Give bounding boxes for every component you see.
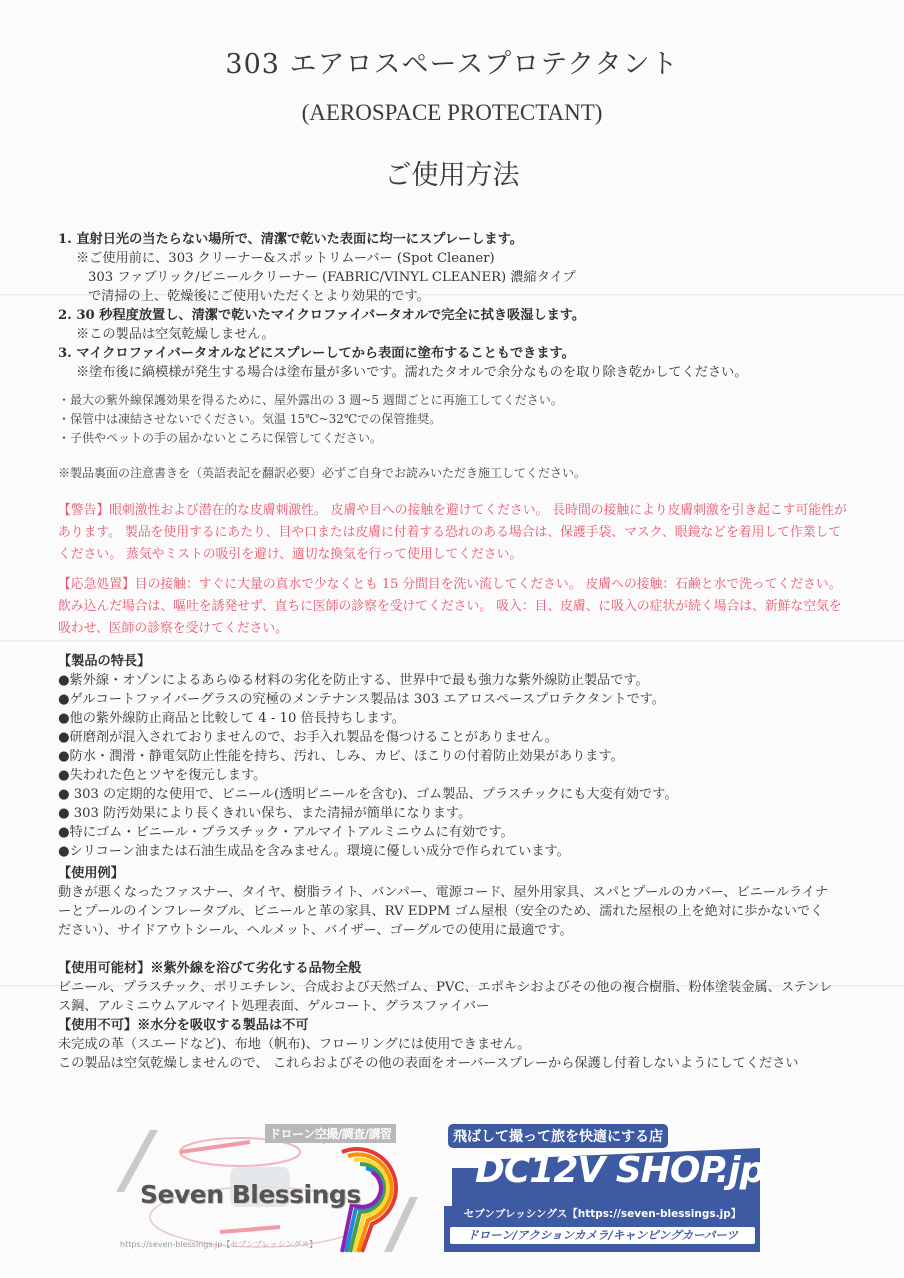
warning-label: 【警告】 <box>58 503 109 518</box>
steps-section: 1. 直射日光の当たらない場所で、清潔で乾いた表面に均一にスプレーします。 ※ご… <box>58 230 848 382</box>
feature-item: ●シリコーン油または石油生成品を含みません。環境に優しい成分で作られています。 <box>58 842 848 861</box>
seven-blessings-url: https://seven-blessings.jp【セブンブレッシングス】 <box>120 1239 317 1250</box>
warning-block: 【警告】眼刺激性および潜在的な皮膚刺激性。 皮膚や目への接触を避けてください。 … <box>58 500 848 566</box>
feature-item: ●失われた色とツヤを復元します。 <box>58 766 848 785</box>
step-1-note: ※ご使用前に、303 クリーナー&スポットリムーバー (Spot Cleaner… <box>58 249 848 268</box>
step-3: 3. マイクロファイバータオルなどにスプレーしてから表面に塗布することもできます… <box>58 344 848 363</box>
feature-item: ●ゲルコートファイバーグラスの究極のメンテナンス製品は 303 エアロスペースプ… <box>58 690 848 709</box>
step-1-note: で清掃の上、乾燥後にご使用いただくとより効果的です。 <box>58 287 848 306</box>
warning-text: 眼刺激性および潜在的な皮膚刺激性。 皮膚や目への接触を避けてください。 長時間の… <box>58 503 847 562</box>
not-usable-subheading: ※水分を吸収する製品は不可 <box>137 1018 308 1033</box>
paper-fold-line <box>0 640 904 642</box>
usage-examples-heading: 【使用例】 <box>58 864 848 883</box>
feature-item: ● 303 防汚効果により長くきれい保ち、また清掃が簡単になります。 <box>58 804 848 823</box>
product-title: 303 エアロスペースプロテクタント <box>0 42 904 81</box>
usable-materials-section: 【使用可能材】※紫外線を浴びて劣化する品物全般 ビニール、プラスチック、ポリエチ… <box>58 959 848 1016</box>
dc12v-shop-logo: 飛ばして撮って旅を快適にする店 DC12V SHOP.jp セブンブレッシングス… <box>440 1124 770 1254</box>
instruction-sheet: 303 エアロスペースプロテクタント (AEROSPACE PROTECTANT… <box>0 0 904 1278</box>
dc12v-category-bar: ドローン/アクションカメラ/キャンピングカーパーツ <box>448 1225 757 1246</box>
usable-materials-subheading: ※紫外線を浴びて劣化する品物全般 <box>150 961 361 976</box>
first-aid-block: 【応急処置】目の接触：すぐに大量の真水で少なくとも 15 分間目を洗い流してくだ… <box>58 574 848 640</box>
tips-list: ・最大の紫外線保護効果を得るために、屋外露出の 3 週~5 週間ごとに再施工して… <box>58 391 848 448</box>
dc12v-tagline: 飛ばして撮って旅を快適にする店 <box>448 1124 668 1148</box>
feature-item: ●他の紫外線防止商品と比較して 4 - 10 倍長持ちします。 <box>58 709 848 728</box>
seven-blessings-logo: ドローン空撮/調査/講習 Seven Blessings https://sev… <box>110 1112 440 1264</box>
step-2: 2. 30 秒程度放置し、清潔で乾いたマイクロファイバータオルで完全に拭き吸湿し… <box>58 306 848 325</box>
tip-item: ・最大の紫外線保護効果を得るために、屋外露出の 3 週~5 週間ごとに再施工して… <box>58 391 848 410</box>
notice-text: ※製品裏面の注意書きを（英語表記を翻訳必要）必ずご自身でお読みいただき施工してく… <box>58 464 848 483</box>
not-usable-line: この製品は空気乾燥しませんので、 これらおよびその他の表面をオーバースプレーから… <box>58 1054 833 1073</box>
step-1: 1. 直射日光の当たらない場所で、清潔で乾いた表面に均一にスプレーします。 <box>58 230 848 249</box>
first-aid-label: 【応急処置】 <box>58 577 135 592</box>
not-usable-section: 【使用不可】※水分を吸収する製品は不可 未完成の革（スエードなど)、布地（帆布)… <box>58 1016 848 1073</box>
dc12v-title: DC12V SHOP.jp <box>475 1150 764 1191</box>
features-heading: 【製品の特長】 <box>58 652 848 671</box>
step-3-note: ※塗布後に縞模様が発生する場合は塗布量が多いです。濡れたタオルで余分なものを取り… <box>58 363 848 382</box>
product-subtitle: (AEROSPACE PROTECTANT) <box>0 100 904 126</box>
seven-blessings-tagline: ドローン空撮/調査/講習 <box>265 1124 396 1143</box>
usage-examples-section: 【使用例】 動きが悪くなったファスナー、タイヤ、樹脂ライト、バンパー、電源コード… <box>58 864 848 940</box>
tip-item: ・保管中は凍結させないでください。気温 15℃~32℃での保管推奨。 <box>58 410 848 429</box>
not-usable-line: 未完成の革（スエードなど)、布地（帆布)、フローリングには使用できません。 <box>58 1035 848 1054</box>
step-2-note: ※この製品は空気乾燥しません。 <box>58 325 848 344</box>
seven-blessings-name: Seven Blessings <box>140 1180 361 1209</box>
features-section: 【製品の特長】 ●紫外線・オゾンによるあらゆる材料の劣化を防止する、世界中で最も… <box>58 652 848 861</box>
step-1-note: 303 ファブリック/ビニールクリーナー (FABRIC/VINYL CLEAN… <box>58 268 848 287</box>
usage-examples-text: 動きが悪くなったファスナー、タイヤ、樹脂ライト、バンパー、電源コード、屋外用家具… <box>58 883 833 940</box>
feature-item: ●防水・潤滑・静電気防止性能を持ち、汚れ、しみ、カビ、ほこりの付着防止効果があり… <box>58 747 848 766</box>
usable-materials-heading: 【使用可能材】 <box>58 961 150 976</box>
first-aid-text: 目の接触：すぐに大量の真水で少なくとも 15 分間目を洗い流してください。 皮膚… <box>58 577 842 636</box>
feature-item: ●紫外線・オゾンによるあらゆる材料の劣化を防止する、世界中で最も強力な紫外線防止… <box>58 671 848 690</box>
tip-item: ・子供やペットの手の届かないところに保管してください。 <box>58 429 848 448</box>
feature-item: ●特にゴム・ビニール・プラスチック・アルマイトアルミニウムに有効です。 <box>58 823 848 842</box>
usable-materials-text: ビニール、プラスチック、ポリエチレン、合成および天然ゴム、PVC、エポキシおよび… <box>58 978 833 1016</box>
not-usable-heading: 【使用不可】 <box>58 1018 137 1033</box>
usage-heading: ご使用方法 <box>0 153 904 192</box>
feature-item: ● 303 の定期的な使用で、ビニール(透明ビニールを含む)、ゴム製品、プラスチ… <box>58 785 848 804</box>
dc12v-subtitle: セブンブレッシングス【https://seven-blessings.jp】 <box>440 1206 765 1221</box>
feature-item: ●研磨剤が混入されておりませんので、お手入れ製品を傷つけることがありません。 <box>58 728 848 747</box>
